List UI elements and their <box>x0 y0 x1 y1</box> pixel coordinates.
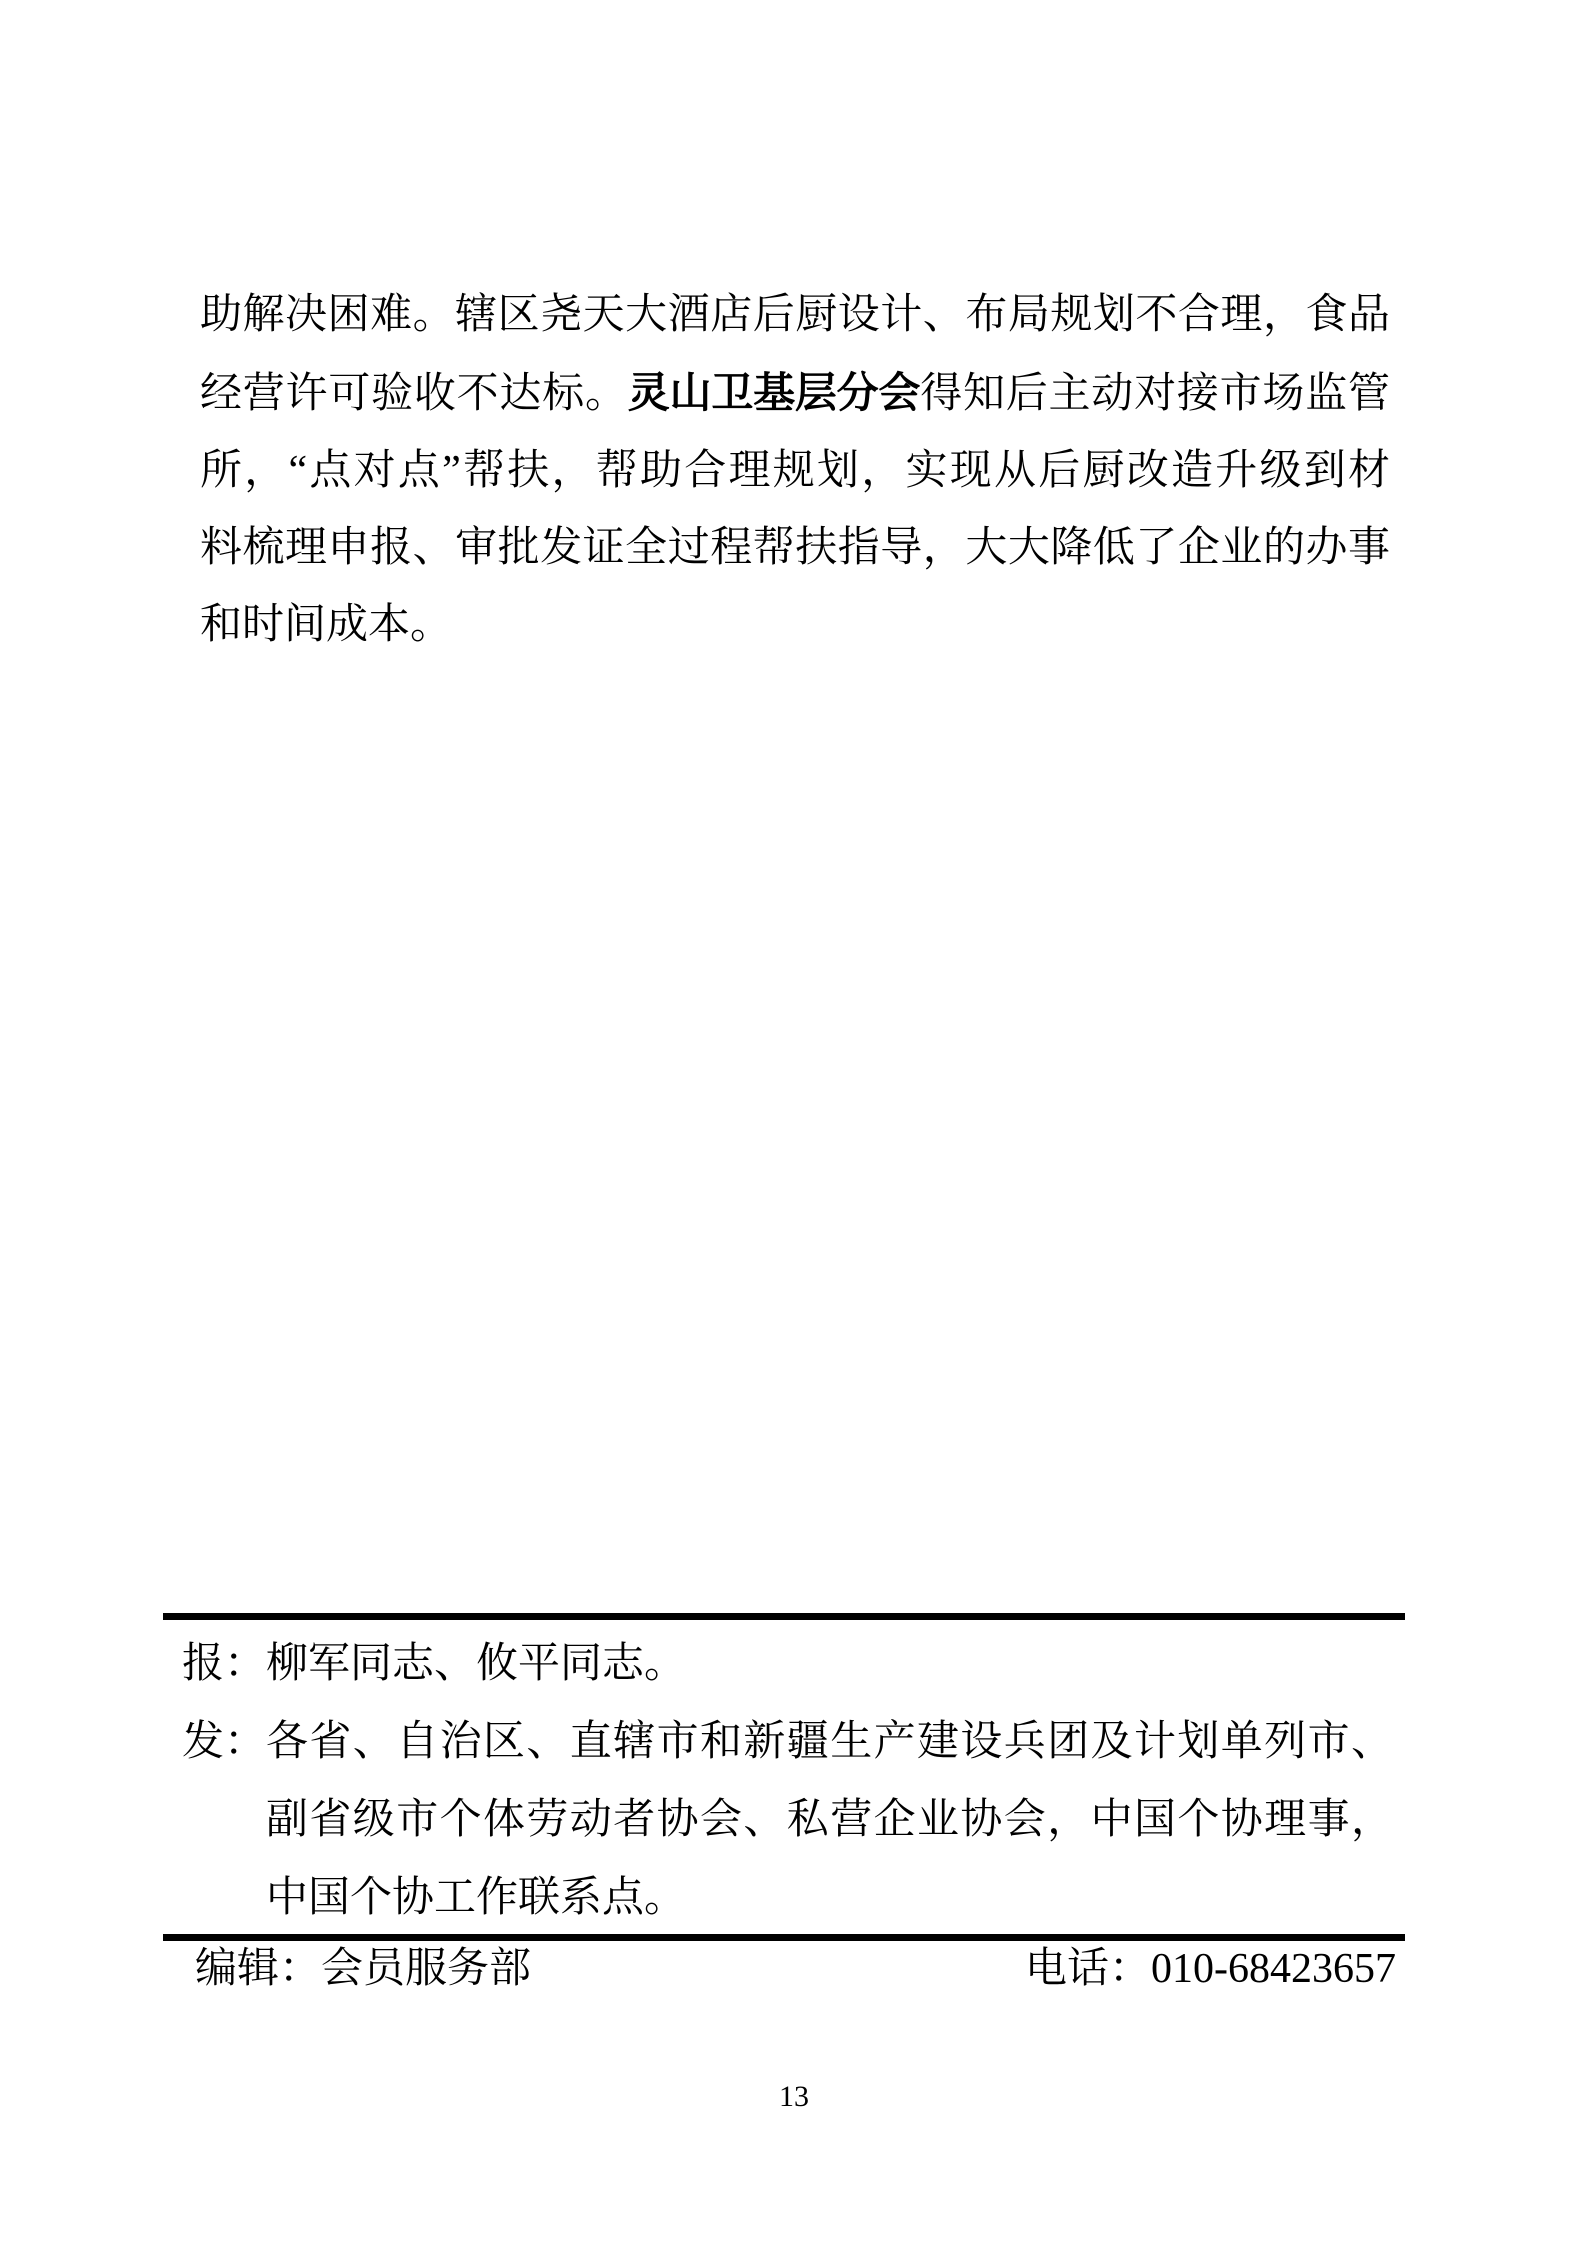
body-line-4: 料梳理申报、审批发证全过程帮扶指导，大大降低了企业的办事 <box>200 510 1390 587</box>
issued-to-line-3: 中国个协工作联系点。 <box>266 1859 1393 1937</box>
editor-group: 编辑：会员服务部 <box>195 1947 531 1991</box>
body-line-2-regular-start: 经营许可验收不达标。 <box>200 371 628 417</box>
body-line-3: 所，“点对点”帮扶，帮助合理规划，实现从后厨改造升级到材 <box>200 433 1390 510</box>
issued-to-row: 发： 各省、自治区、直辖市和新疆生产建设兵团及计划单列市、 副省级市个体劳动者协… <box>182 1703 1393 1937</box>
body-line-5: 和时间成本。 <box>200 587 1390 664</box>
page-number: 13 <box>0 2082 1588 2112</box>
report-to-label: 报： <box>182 1625 266 1703</box>
editor-label: 编辑： <box>195 1946 321 1992</box>
issued-to-line-1: 各省、自治区、直辖市和新疆生产建设兵团及计划单列市、 <box>266 1703 1393 1781</box>
phone-value: 010-68423657 <box>1151 1946 1396 1992</box>
body-paragraph: 助解决困难。辖区尧天大酒店后厨设计、布局规划不合理，食品 经营许可验收不达标。灵… <box>200 277 1390 664</box>
document-page: 助解决困难。辖区尧天大酒店后厨设计、布局规划不合理，食品 经营许可验收不达标。灵… <box>0 0 1588 2245</box>
report-to-content: 柳军同志、攸平同志。 <box>266 1625 1393 1703</box>
phone-label: 电话： <box>1025 1946 1151 1992</box>
editor-value: 会员服务部 <box>321 1946 531 1992</box>
branch-association-bold-name: 灵山卫基层分会 <box>628 368 920 417</box>
body-line-2: 经营许可验收不达标。灵山卫基层分会得知后主动对接市场监管 <box>200 354 1390 433</box>
body-line-1: 助解决困难。辖区尧天大酒店后厨设计、布局规划不合理，食品 <box>200 277 1390 354</box>
issued-to-line-2: 副省级市个体劳动者协会、私营企业协会，中国个协理事， <box>266 1781 1393 1859</box>
issued-to-label: 发： <box>182 1703 266 1781</box>
body-line-2-regular-end: 得知后主动对接市场监管 <box>920 371 1390 417</box>
report-to-row: 报： 柳军同志、攸平同志。 <box>182 1625 1393 1703</box>
phone-group: 电话：010-68423657 <box>1025 1947 1396 1991</box>
bottom-divider-rule <box>163 1934 1405 1941</box>
top-divider-rule <box>163 1613 1405 1620</box>
footer-line: 编辑：会员服务部 电话：010-68423657 <box>0 1947 1588 1991</box>
